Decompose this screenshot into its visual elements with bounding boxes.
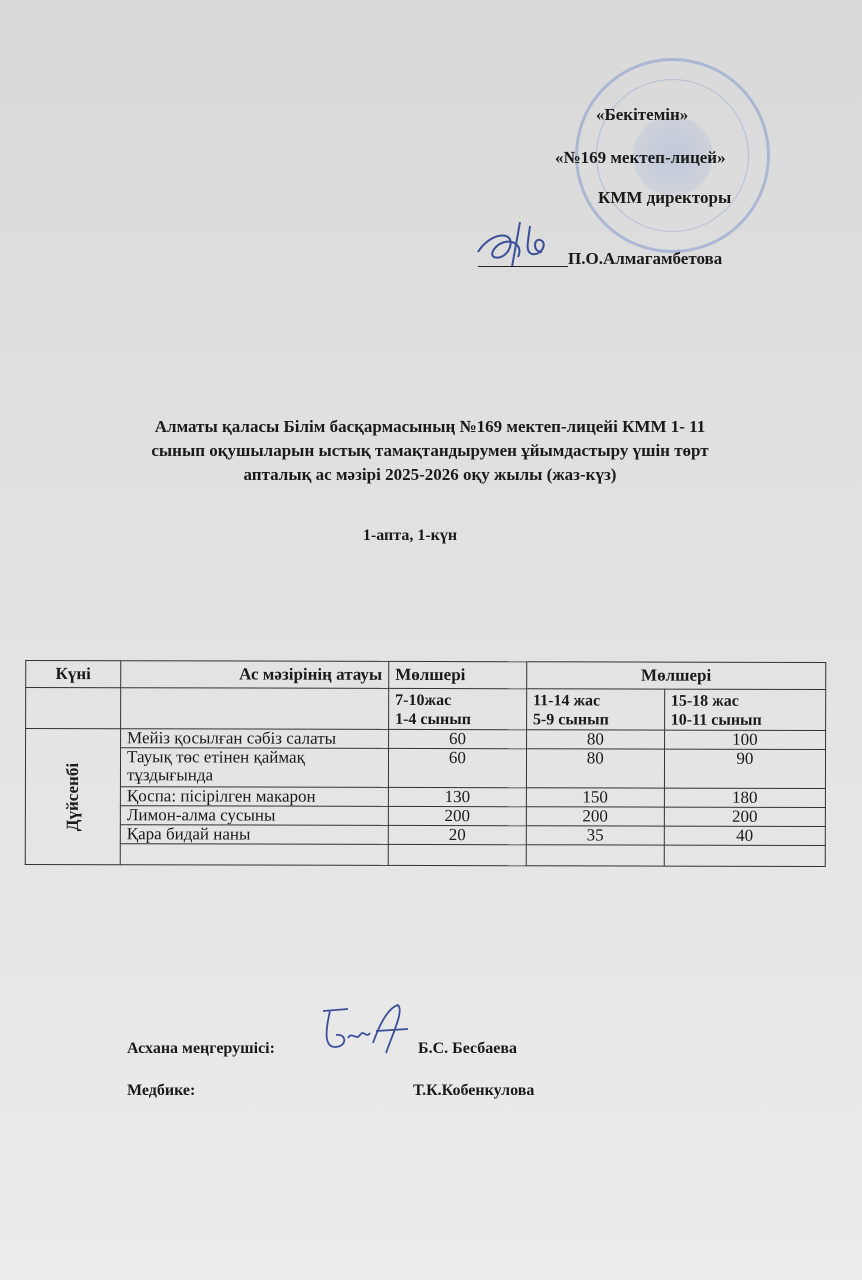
chef-name: Б.С. Бесбаева [418,1040,517,1058]
qty-cell: 40 [664,826,825,845]
dish-name: Мейіз қосылған сәбіз салаты [121,729,389,749]
qty-cell [664,845,825,866]
director-signature-icon [470,212,570,272]
qty-cell [526,845,664,866]
day-cell: Дүйсенбі [25,728,120,864]
qty-cell: 60 [389,729,527,748]
day-label: Дүйсенбі [63,762,83,830]
age-group-2: 11-14 жас5-9 сынып [526,689,664,730]
empty-cell [121,688,389,730]
chef-signature-icon [318,1003,413,1063]
qty-cell: 200 [664,807,825,826]
qty-cell: 100 [664,730,825,749]
qty-cell: 90 [664,749,825,788]
chef-label: Асхана меңгерушісі: [127,1040,275,1058]
header-qty-2: Мөлшері [527,662,826,690]
age-group-row: 7-10жас1-4 сынып 11-14 жас5-9 сынып 15-1… [26,687,826,730]
header-dish: Ас мәзірінің атауы [121,661,389,689]
qty-cell: 35 [526,826,664,845]
director-name: П.О.Алмагамбетова [568,249,722,269]
qty-cell: 200 [526,807,664,826]
table-header-row: Күні Ас мәзірінің атауы Мөлшері Мөлшері [26,660,826,689]
header-qty-1: Мөлшері [389,661,527,688]
qty-cell: 130 [388,787,526,806]
dish-name: Қоспа: пісірілген макарон [120,787,388,807]
dish-name: Тауық төс етінен қаймақ тұздығында [120,748,388,788]
dish-name [120,844,388,866]
qty-cell [388,844,526,865]
table-row: Қара бидай наны 20 35 40 [25,824,825,845]
qty-cell: 200 [388,806,526,825]
nurse-label: Медбике: [127,1082,195,1100]
approval-heading: «Бекітемін» [596,105,688,125]
age-group-3: 15-18 жас10-11 сынып [664,689,825,730]
menu-table: Күні Ас мәзірінің атауы Мөлшері Мөлшері … [25,660,827,867]
table-row: Тауық төс етінен қаймақ тұздығында 60 80… [25,747,825,788]
dish-name: Лимон-алма сусыны [120,806,388,826]
nurse-name: Т.К.Кобенкулова [413,1082,534,1100]
approval-school: «№169 мектеп-лицей» [555,148,726,168]
week-day-label: 1-апта, 1-күн [330,527,490,545]
header-day: Күні [26,660,121,687]
qty-cell: 60 [388,748,526,787]
qty-cell: 150 [526,788,664,807]
signature-line [478,266,568,267]
approval-position: КММ директоры [598,188,731,208]
qty-cell: 80 [526,749,664,788]
qty-cell: 20 [388,825,526,844]
dish-name: Қара бидай наны [120,825,388,845]
document-title: Алматы қаласы Білім басқармасының №169 м… [70,415,790,487]
title-line: апталық ас мәзірі 2025-2026 оқу жылы (жа… [70,463,790,487]
age-group-1: 7-10жас1-4 сынып [389,688,527,729]
qty-cell: 180 [664,788,825,807]
title-line: Алматы қаласы Білім басқармасының №169 м… [70,415,790,439]
empty-cell [26,687,121,728]
title-line: сынып оқушыларын ыстық тамақтандырумен ұ… [70,439,790,463]
table-row [25,843,825,866]
qty-cell: 80 [526,730,664,749]
